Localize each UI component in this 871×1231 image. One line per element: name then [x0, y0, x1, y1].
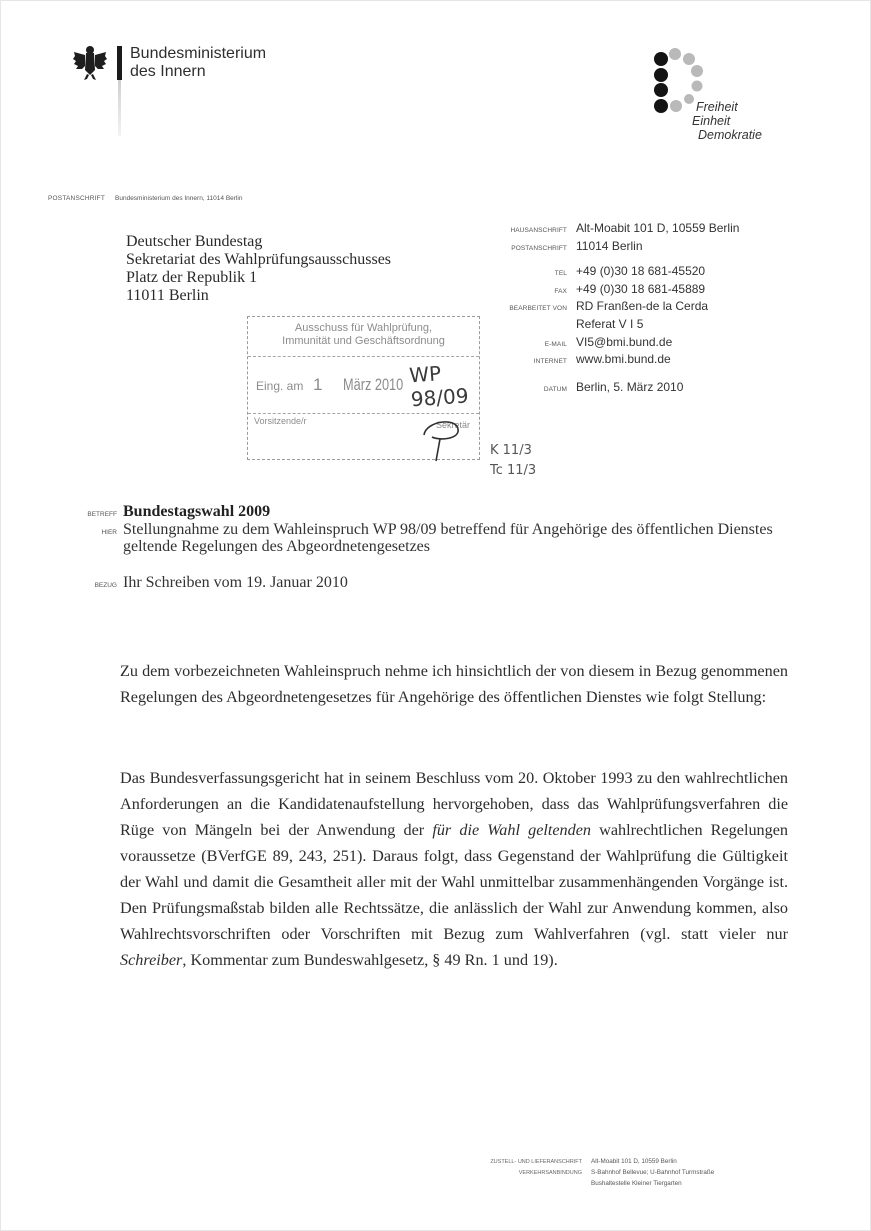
info-row-internet: Internetwww.bmi.bund.de [488, 352, 739, 370]
return-address-value: Bundesministerium des Innern, 11014 Berl… [115, 195, 242, 202]
footer-label: Verkehrsanbindung [440, 1170, 591, 1176]
subject-title: Bundestagswahl 2009 [123, 503, 270, 521]
info-row-fax: Fax+49 (0)30 18 681-45889 [488, 282, 739, 300]
bezug-label: Bezug [60, 582, 123, 589]
paragraph-segment: wahlrechtlichen Regelungen voraussetze (… [120, 821, 788, 943]
info-row-email: E-MailVI5@bmi.bund.de [488, 335, 739, 353]
info-row-postanschrift: Postanschrift11014 Berlin [488, 239, 739, 257]
author-citation: Schreiber [120, 951, 182, 969]
body-paragraph-1: Zu dem vorbezeichneten Wahleinspruch neh… [120, 658, 788, 710]
recipient-line: Platz der Republik 1 [126, 269, 391, 287]
recipient-line: 11011 Berlin [126, 287, 391, 305]
subject-detail: Stellungnahme zu dem Wahleinspruch WP 98… [123, 521, 783, 555]
return-address-label: Postanschrift [48, 195, 105, 202]
footer-value: Alt-Moabit 101 D, 10559 Berlin [591, 1158, 677, 1165]
info-value: +49 (0)30 18 681-45520 [576, 264, 705, 278]
handwritten-note-line: Tc 11/3 [490, 461, 536, 481]
footer-value: Bushaltestelle Kleiner Tiergarten [591, 1180, 682, 1187]
letterhead-bar [117, 46, 122, 80]
subject-block: Betreff Bundestagswahl 2009 Hier Stellun… [60, 503, 783, 555]
stamp-chair-label: Vorsitzende/r [254, 416, 307, 426]
stamp-received-day: 1 [313, 375, 322, 395]
info-label: Hausanschrift [488, 227, 576, 234]
info-value: 11014 Berlin [576, 239, 643, 253]
info-label: Datum [488, 386, 576, 393]
paragraph-emphasis: für die Wahl geltenden [432, 821, 591, 839]
info-label: Internet [488, 358, 576, 365]
reference-text: Ihr Schreiben vom 19. Januar 2010 [123, 574, 783, 591]
website-link[interactable]: www.bmi.bund.de [576, 352, 671, 366]
info-value: RD Franßen-de la Cerda [576, 299, 708, 313]
stamp-handwritten-reference: WP 98/09 [408, 359, 480, 412]
info-label: Postanschrift [488, 245, 576, 252]
sender-info-block: HausanschriftAlt-Moabit 101 D, 10559 Ber… [488, 221, 739, 397]
info-label: E-Mail [488, 341, 576, 348]
info-value: Referat V I 5 [576, 317, 643, 331]
info-row-tel: Tel+49 (0)30 18 681-45520 [488, 264, 739, 282]
body-paragraph-2: Das Bundesverfassungsgericht hat in sein… [120, 765, 788, 973]
ministry-name: Bundesministerium des Innern [130, 45, 266, 81]
letter-date: Berlin, 5. März 2010 [576, 380, 683, 394]
info-value: +49 (0)30 18 681-45889 [576, 282, 705, 296]
hier-row: Hier Stellungnahme zu dem Wahleinspruch … [60, 521, 783, 555]
logo-slogan: Freiheit Einheit Demokratie [686, 100, 762, 142]
footer-row: Zustell- und LieferanschriftAlt-Moabit 1… [440, 1158, 714, 1169]
stamp-heading: Ausschuss für Wahlprüfung, Immunität und… [248, 317, 479, 357]
info-label: Bearbeitet von [488, 305, 576, 312]
stamp-received-label: Eing. am [256, 379, 303, 393]
return-address-line: PostanschriftBundesministerium des Inner… [48, 195, 242, 202]
slogan-line: Einheit [686, 114, 762, 128]
recipient-address: Deutscher Bundestag Sekretariat des Wahl… [126, 233, 391, 305]
info-label: Fax [488, 288, 576, 295]
footer-block: Zustell- und LieferanschriftAlt-Moabit 1… [440, 1158, 714, 1191]
footer-row: Bushaltestelle Kleiner Tiergarten [440, 1180, 714, 1191]
footer-label: Zustell- und Lieferanschrift [440, 1159, 591, 1165]
hier-label: Hier [60, 529, 123, 536]
paragraph-segment: , Kommentar zum Bundeswahlgesetz, § 49 R… [182, 951, 557, 969]
slogan-line: Demokratie [686, 128, 762, 142]
slogan-line: Freiheit [686, 100, 762, 114]
betreff-row: Betreff Bundestagswahl 2009 [60, 503, 783, 521]
federal-eagle-icon [72, 44, 108, 82]
info-label: Tel [488, 270, 576, 277]
info-row-hausanschrift: HausanschriftAlt-Moabit 101 D, 10559 Ber… [488, 221, 739, 239]
footer-row: VerkehrsanbindungS-Bahnhof Bellevue; U-B… [440, 1169, 714, 1180]
handwritten-initial-icon [418, 413, 468, 465]
recipient-line: Deutscher Bundestag [126, 233, 391, 251]
letterhead-bar-fade [118, 80, 121, 136]
info-row-datum: DatumBerlin, 5. März 2010 [488, 380, 739, 398]
info-row-bearbeitet-von: Bearbeitet vonRD Franßen-de la Cerda [488, 299, 739, 317]
email-link[interactable]: VI5@bmi.bund.de [576, 335, 672, 349]
recipient-line: Sekretariat des Wahlprüfungsausschusses [126, 251, 391, 269]
bezug-row: Bezug Ihr Schreiben vom 19. Januar 2010 [60, 574, 783, 591]
page-border [0, 0, 871, 1231]
stamp-received-month-year: März 2010 [343, 375, 403, 395]
stamp-received-row: Eing. am 1 März 2010 WP 98/09 [248, 357, 479, 414]
footer-value: S-Bahnhof Bellevue; U-Bahnhof Turmstraße [591, 1169, 714, 1176]
receipt-stamp: Ausschuss für Wahlprüfung, Immunität und… [247, 316, 480, 460]
handwritten-note-line: K 11/3 [490, 441, 536, 461]
info-row-referat: Referat V I 5 [488, 317, 739, 335]
handwritten-note: K 11/3 Tc 11/3 [490, 441, 536, 481]
info-value: Alt-Moabit 101 D, 10559 Berlin [576, 221, 739, 235]
betreff-label: Betreff [60, 511, 123, 518]
